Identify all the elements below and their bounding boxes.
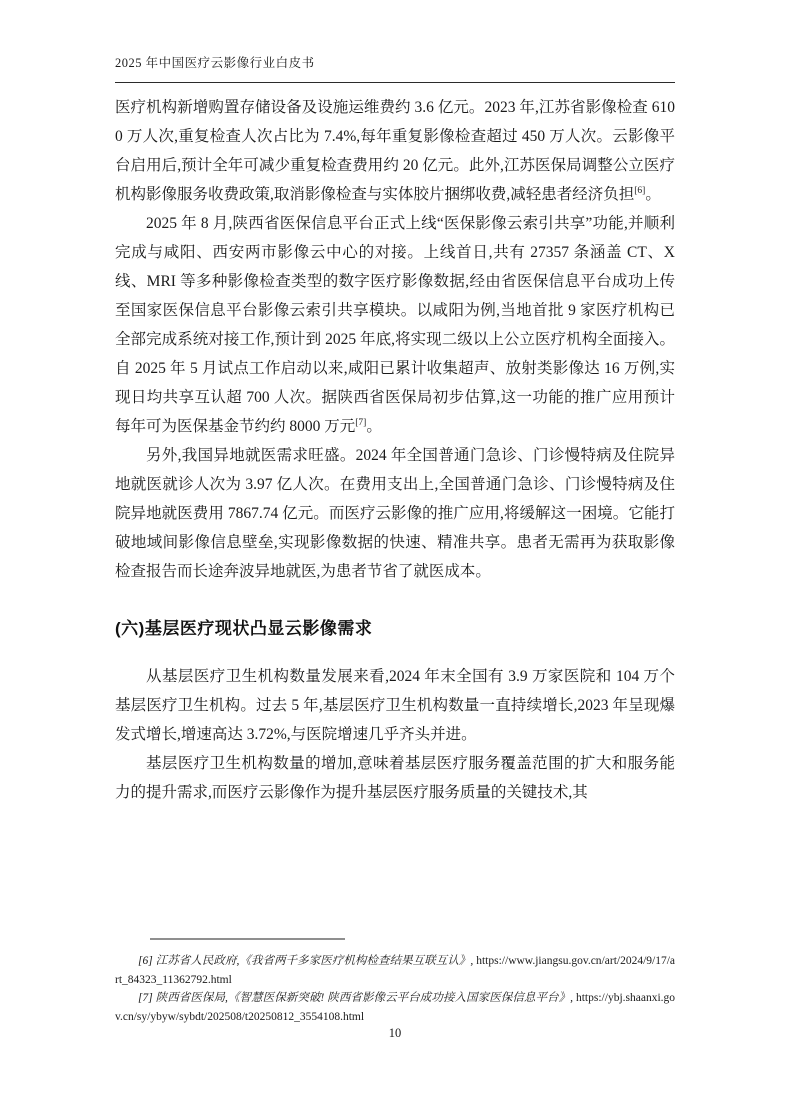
footnotes: [6] 江苏省人民政府,《我省两千多家医疗机构检查结果互联互认》, https:… [115,952,675,1026]
page-footer: [6] 江苏省人民政府,《我省两千多家医疗机构检查结果互联互认》, https:… [115,938,675,1026]
text-run: 江苏省人民政府,《我省两千多家医疗机构检查结果互联互认》, [156,955,474,967]
running-head-title: 2025 年中国医疗云影像行业白皮书 [115,54,675,83]
paragraph-grassroots-growth: 基层医疗卫生机构数量的增加,意味着基层医疗服务覆盖范围的扩大和服务能力的提升需求… [115,749,675,807]
page-header: 2025 年中国医疗云影像行业白皮书 [115,0,675,83]
page-body: 医疗机构新增购置存储设备及设施运维费约 3.6 亿元。2023 年,江苏省影像检… [115,93,675,807]
footnote-7: [7] 陕西省医保局,《智慧医保新突破! 陕西省影像云平台成功接入国家医保信息平… [115,989,675,1026]
text-run: 从基层医疗卫生机构数量发展来看,2024 年末全国有 3.9 万家医院和 104… [115,668,675,743]
paragraph-shaanxi-platform: 2025 年 8 月,陕西省医保信息平台正式上线“医保影像云索引共享”功能,并顺… [115,209,675,441]
paragraph-grassroots-stats: 从基层医疗卫生机构数量发展来看,2024 年末全国有 3.9 万家医院和 104… [115,662,675,749]
text-run: 医疗机构新增购置存储设备及设施运维费约 3.6 亿元。2023 年,江苏省影像检… [115,99,675,203]
text-run: 。 [645,186,661,203]
paragraph-cross-region-care: 另外,我国异地就医需求旺盛。2024 年全国普通门急诊、门诊慢特病及住院异地就医… [115,441,675,586]
footnote-reference: [6] [634,186,645,196]
document-page: 2025 年中国医疗云影像行业白皮书 医疗机构新增购置存储设备及设施运维费约 3… [0,0,790,1117]
page-number: 10 [0,1026,790,1041]
text-run: 陕西省医保局,《智慧医保新突破! 陕西省影像云平台成功接入国家医保信息平台》, [156,992,573,1004]
footnote-separator-line [150,938,345,940]
text-run: 另外,我国异地就医需求旺盛。2024 年全国普通门急诊、门诊慢特病及住院异地就医… [115,447,675,580]
footnote-reference: [7] [355,418,366,428]
footnote-6: [6] 江苏省人民政府,《我省两千多家医疗机构检查结果互联互认》, https:… [115,952,675,989]
text-run: [6] [138,955,156,967]
text-run: 。 [366,418,382,435]
paragraph-storage-costs: 医疗机构新增购置存储设备及设施运维费约 3.6 亿元。2023 年,江苏省影像检… [115,93,675,209]
text-run: [7] [138,992,156,1004]
text-run: 2025 年 8 月,陕西省医保信息平台正式上线“医保影像云索引共享”功能,并顺… [115,215,675,435]
text-run: 基层医疗卫生机构数量的增加,意味着基层医疗服务覆盖范围的扩大和服务能力的提升需求… [115,755,675,801]
section-heading: (六)基层医疗现状凸显云影像需求 [115,617,675,641]
